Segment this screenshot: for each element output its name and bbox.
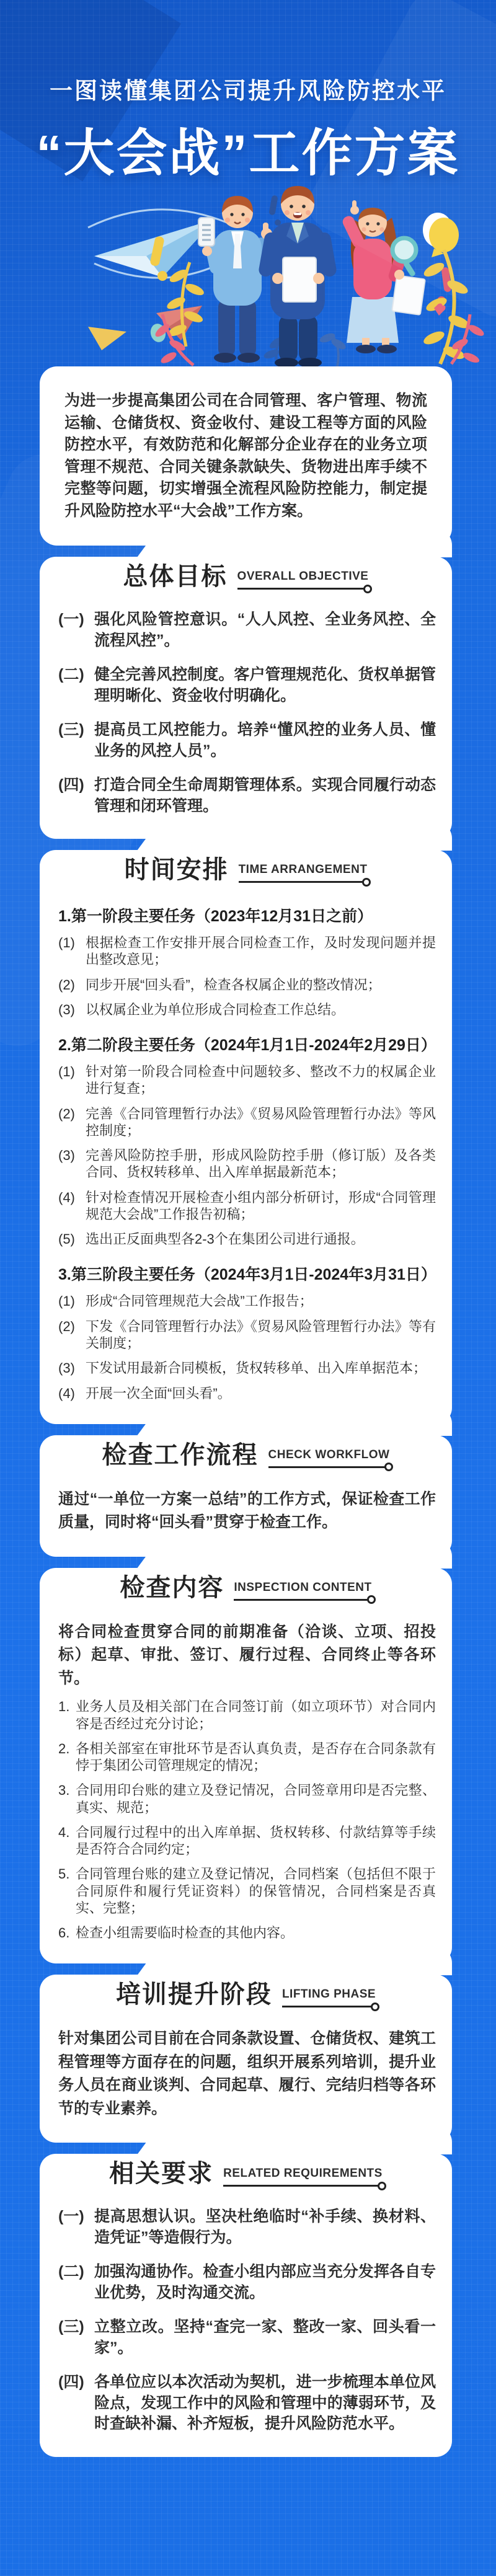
leaf-tuft-blue [319,332,348,366]
list-item: (一)强化风险管控意识。“人人风控、全业务风控、全流程风控”。 [58,609,436,651]
section-header: 时间安排 TIME ARRANGEMENT [40,850,452,892]
list-item: (1)形成“合同管理规范大会战”工作报告； [58,1293,436,1309]
section-card: 相关要求 RELATED REQUIREMENTS (一)提高思想认识。坚决杜绝… [40,2154,452,2457]
list-item: (3)完善风险防控手册，形成风险防控手册（修订版）及各类合同、货权转移单、出入库… [58,1147,436,1181]
list-item: (二)加强沟通协作。检查小组内部应当充分发挥各自专业优势，及时沟通交流。 [58,2262,436,2303]
page-title: “大会战”工作方案 [0,113,496,185]
list-item: (1)针对第一阶段合同检查中问题较多、整改不力的权属企业进行复查； [58,1063,436,1097]
list-item: (三)立整立改。坚持“查完一家、整改一家、回头看一家”。 [58,2317,436,2358]
section-title: 检查工作流程 [102,1435,259,1471]
list-item: (四)各单位应以本次活动为契机，进一步梳理本单位风险点，发现工作中的风险和管理中… [58,2372,436,2435]
section-paragraph: 通过“一单位一方案一总结”的工作方式，保证检查工作质量，同时将“回头看”贯穿于检… [58,1488,436,1534]
hero-illustration [0,183,496,366]
section-card: 时间安排 TIME ARRANGEMENT 1.第一阶段主要任务（2023年12… [40,850,452,1424]
section-subtitle-en: LIFTING PHASE [282,1988,376,2001]
list-item: 1.业务人员及相关部门在合同签订前（如立项环节）对合同内容是否经过充分讨论； [58,1698,436,1732]
female-worker-with-magnifier [341,200,425,353]
section-subtitle-en: INSPECTION CONTENT [234,1581,371,1595]
header-kicker: 一图读懂集团公司提升风险防控水平 [0,72,496,105]
list-item: (二)健全完善风控制度。客户管理规范化、货权单据管理明晰化、资金收付明确化。 [58,665,436,706]
leaf-branch-yellow-left [166,262,206,347]
phase-heading: 2.第二阶段主要任务（2024年1月1日-2024年2月29日） [58,1033,436,1055]
section-subtitle-en: RELATED REQUIREMENTS [223,2167,383,2180]
underline-with-dot [282,2006,376,2007]
exclamation-icon [268,195,281,226]
section-title: 培训提升阶段 [116,1975,272,2010]
list-item: (2)完善《合同管理暂行办法》《贸易风险管理暂行办法》等风控制度； [58,1105,436,1140]
paper-plane-yellow-icon [88,327,126,350]
speech-bubble-icon [423,213,459,257]
male-worker-with-checklist [198,196,272,363]
poster: 一图读懂集团公司提升风险防控水平 “大会战”工作方案 [0,0,496,2576]
list-item: 2.各相关部室在审批环节是否认真负责，是否存在合同条款有悖于集团公司管理规定的情… [58,1740,436,1774]
checklist-icon [198,218,215,246]
list-item: 6.检查小组需要临时检查的其他内容。 [58,1924,436,1941]
section-requirements: 六 相关要求 RELATED REQUIREMENTS (一)提高思想认识。坚决… [40,2154,452,2457]
list-item: (5)选出正反面典型各2-3个在集团公司进行通报。 [58,1231,436,1247]
header: 一图读懂集团公司提升风险防控水平 “大会战”工作方案 [0,72,496,185]
phase-heading: 1.第一阶段主要任务（2023年12月31日之前） [58,904,436,926]
list-item: (2)同步开展“回头看”，检查各权属企业的整改情况； [58,976,436,993]
list-item: (2)下发《合同管理暂行办法》《贸易风险管理暂行办法》等有关制度； [58,1318,436,1352]
list-item: 5.合同管理台账的建立及登记情况，合同档案（包括但不限于合同原件和履行凭证资料）… [58,1866,436,1916]
list-item: (3)以权属企业为单位形成合同检查工作总结。 [58,1001,436,1018]
section-overall-objective: 一 总体目标 OVERALL OBJECTIVE (一)强化风险管控意识。“人人… [40,557,452,839]
phase-heading: 3.第三阶段主要任务（2024年3月1日-2024年3月31日） [58,1262,436,1285]
section-paragraph: 针对集团公司目前在合同条款设置、仓储货权、建筑工程管理等方面存在的问题，组织开展… [58,2027,436,2120]
section-header: 培训提升阶段 LIFTING PHASE [40,1975,452,2016]
section-subtitle-en: CHECK WORKFLOW [268,1448,390,1462]
list-item: (4)针对检查情况开展检查小组内部分析研讨，形成“合同管理规范大会战”工作报告初… [58,1189,436,1223]
section-title: 检查内容 [120,1568,224,1603]
section-title: 时间安排 [125,850,229,885]
list-item: (1)根据检查工作安排开展合同检查工作，及时发现问题并提出整改意见； [58,934,436,968]
underline-with-dot [234,1599,371,1601]
underline-with-dot [223,2185,383,2187]
document-icon [283,257,316,302]
intro-text: 为进一步提高集团公司在合同管理、客户管理、物流运输、仓储货权、资金收付、建设工程… [64,390,427,522]
section-header: 总体目标 OVERALL OBJECTIVE [40,557,452,598]
list-item: (一)提高思想认识。坚决杜绝临时“补手续、换材料、造凭证”等造假行为。 [58,2206,436,2248]
section-card: 检查工作流程 CHECK WORKFLOW 通过“一单位一方案一总结”的工作方式… [40,1435,452,1557]
leaf-branch-yellow-right [422,250,471,364]
section-time-arrangement: 二 时间安排 TIME ARRANGEMENT 1.第一阶段主要任务（2023年… [40,850,452,1424]
section-header: 检查工作流程 CHECK WORKFLOW [40,1435,452,1477]
section-title: 总体目标 [123,557,228,592]
section-card: 检查内容 INSPECTION CONTENT 将合同检查贯穿合同的前期准备（洽… [40,1568,452,1964]
paper-icon [392,275,425,315]
list-item: (三)提高员工风控能力。培养“懂风控的业务人员、懂业务的风控人员”。 [58,720,436,761]
underline-with-dot [237,588,369,590]
list-item: 3.合同用印台账的建立及登记情况，合同签章用印是否完整、真实、规范； [58,1782,436,1816]
underline-with-dot [268,1466,390,1468]
section-training-phase: 五 培训提升阶段 LIFTING PHASE 针对集团公司目前在合同条款设置、仓… [40,1975,452,2143]
underline-with-dot [239,881,368,883]
section-inspection-content: 四 检查内容 INSPECTION CONTENT 将合同检查贯穿合同的前期准备… [40,1568,452,1964]
section-title: 相关要求 [109,2154,213,2189]
list-item: 4.合同履行过程中的出入库单据、货权转移、付款结算等手续是否符合合同约定； [58,1824,436,1858]
section-check-workflow: 三 检查工作流程 CHECK WORKFLOW 通过“一单位一方案一总结”的工作… [40,1435,452,1557]
section-card: 总体目标 OVERALL OBJECTIVE (一)强化风险管控意识。“人人风控… [40,557,452,839]
list-item: (3)下发试用最新合同模板，货权转移单、出入库单据范本； [58,1360,436,1376]
list-item: (4)开展一次全面“回头看”。 [58,1385,436,1402]
section-subtitle-en: TIME ARRANGEMENT [239,863,368,877]
section-card: 培训提升阶段 LIFTING PHASE 针对集团公司目前在合同条款设置、仓储货… [40,1975,452,2143]
section-header: 检查内容 INSPECTION CONTENT [40,1568,452,1609]
section-paragraph: 将合同检查贯穿合同的前期准备（洽谈、立项、招投标）起草、审批、签订、履行过程、合… [58,1621,436,1691]
section-subtitle-en: OVERALL OBJECTIVE [237,570,369,583]
section-header: 相关要求 RELATED REQUIREMENTS [40,2154,452,2195]
list-item: (四)打造合同全生命周期管理体系。实现合同履行动态管理和闭环管理。 [58,775,436,817]
intro-card: 为进一步提高集团公司在合同管理、客户管理、物流运输、仓储货权、资金收付、建设工程… [40,366,452,546]
